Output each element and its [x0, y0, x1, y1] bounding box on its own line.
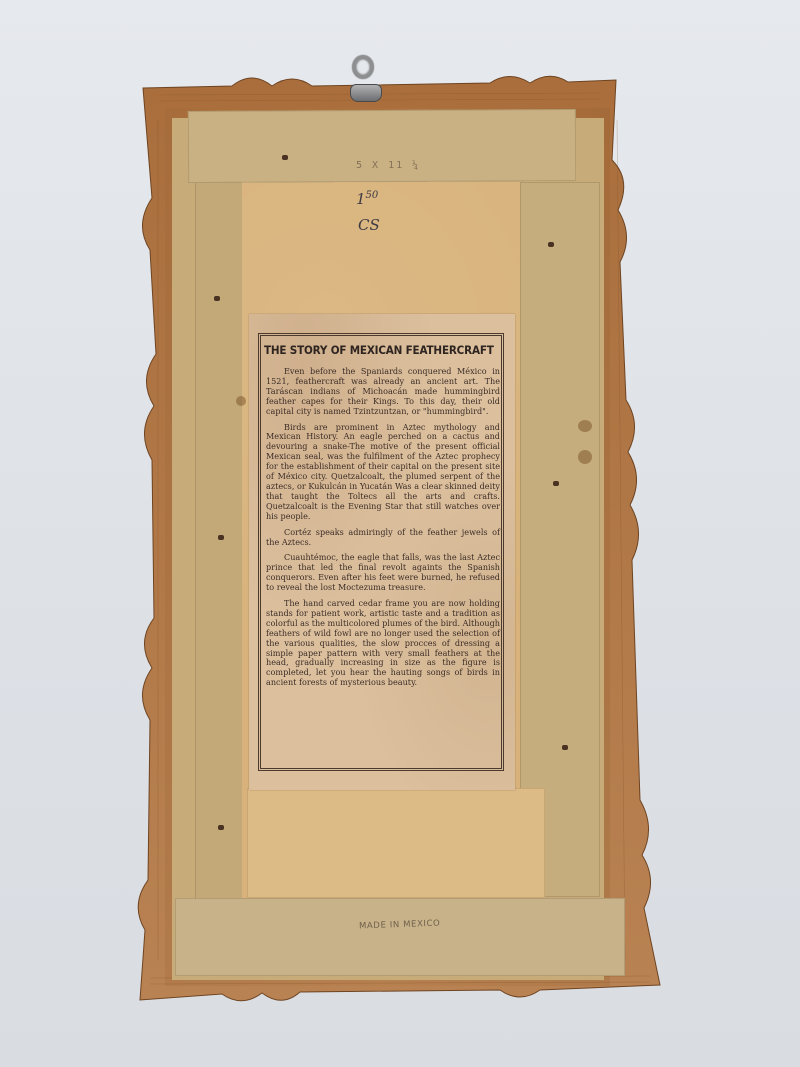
stain — [578, 420, 592, 432]
label-paragraph-3: Cortéz speaks admiringly of the feather … — [266, 528, 500, 548]
paper-tape-left — [195, 182, 243, 902]
nail-mark — [282, 155, 288, 160]
nail-mark — [562, 745, 568, 750]
paper-tape-top — [188, 109, 576, 183]
label-paragraph-2: Birds are prominent in Aztec mythology a… — [266, 423, 500, 522]
label-title: THE STORY OF MEXICAN FEATHERCRAFT — [264, 344, 483, 357]
stain — [578, 450, 592, 464]
nail-mark — [214, 296, 220, 301]
lower-paper-panel — [247, 788, 545, 898]
stain — [236, 396, 246, 406]
label-paragraph-5: The hand carved cedar frame you are now … — [266, 599, 500, 688]
hanging-hook-plate — [350, 84, 382, 102]
nail-mark — [553, 481, 559, 486]
handwritten-price: 150 — [356, 190, 378, 208]
nail-mark — [548, 242, 554, 247]
paper-tape-bottom — [175, 898, 625, 976]
label-paragraph-1: Even before the Spaniards conquered Méxi… — [266, 367, 500, 417]
handwritten-code: CS — [358, 216, 380, 234]
label-body: Even before the Spaniards conquered Méxi… — [266, 367, 500, 694]
hanging-hook-ring — [352, 55, 374, 79]
size-stamp: 5 X 11 ¼ — [356, 160, 420, 171]
label-paragraph-4: Cuauhtémoc, the eagle that falls, was th… — [266, 553, 500, 593]
nail-mark — [218, 825, 224, 830]
nail-mark — [218, 535, 224, 540]
